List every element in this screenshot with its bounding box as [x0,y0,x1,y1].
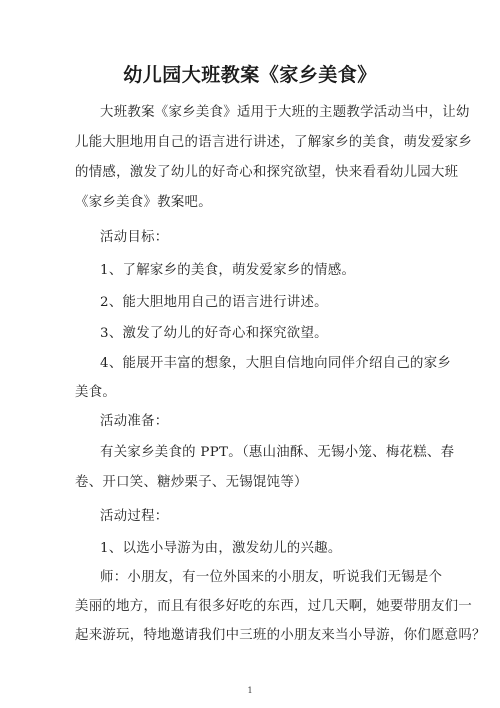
document-title: 幼儿园大班教案《家乡美食》 [0,60,500,87]
list-item-continuation: 美食。 [75,384,435,402]
list-item: 3、激发了幼儿的好奇心和探究欲望。 [100,325,460,343]
list-item: 4、能展开丰富的想象，大胆自信地向同伴介绍自己的家乡 [100,355,460,373]
list-item: 2、能大胆地用自己的语言进行讲述。 [100,294,460,312]
paragraph-line: 美丽的地方，而且有很多好吃的东西，过几天啊，她要带朋友们一 [75,598,435,616]
section-heading-process: 活动过程： [100,508,460,526]
paragraph-line: 《家乡美食》教案吧。 [75,194,435,212]
section-heading-goals: 活动目标： [100,229,460,247]
paragraph-line: 有关家乡美食的 PPT。（惠山油酥、无锡小笼、梅花糕、春 [100,444,460,462]
section-heading-preparation: 活动准备： [100,413,460,431]
paragraph-line: 的情感，激发了幼儿的好奇心和探究欲望，快来看看幼儿园大班 [75,164,435,182]
paragraph-line: 儿能大胆地用自己的语言进行讲述，了解家乡的美食，萌发爱家乡 [75,134,435,152]
list-item: 1、以选小导游为由，激发幼儿的兴趣。 [100,540,460,558]
paragraph-line: 起来游玩，特地邀请我们中三班的小朋友来当小导游，你们愿意吗？ [75,627,435,645]
paragraph-line: 师：小朋友，有一位外国来的小朋友，听说我们无锡是个 [100,569,460,587]
paragraph-line: 卷、开口笑、糖炒栗子、无锡馄饨等） [75,474,435,492]
page-number: 1 [0,686,500,695]
list-item: 1、了解家乡的美食，萌发爱家乡的情感。 [100,262,460,280]
paragraph-line: 大班教案《家乡美食》适用于大班的主题教学活动当中，让幼 [100,104,460,122]
